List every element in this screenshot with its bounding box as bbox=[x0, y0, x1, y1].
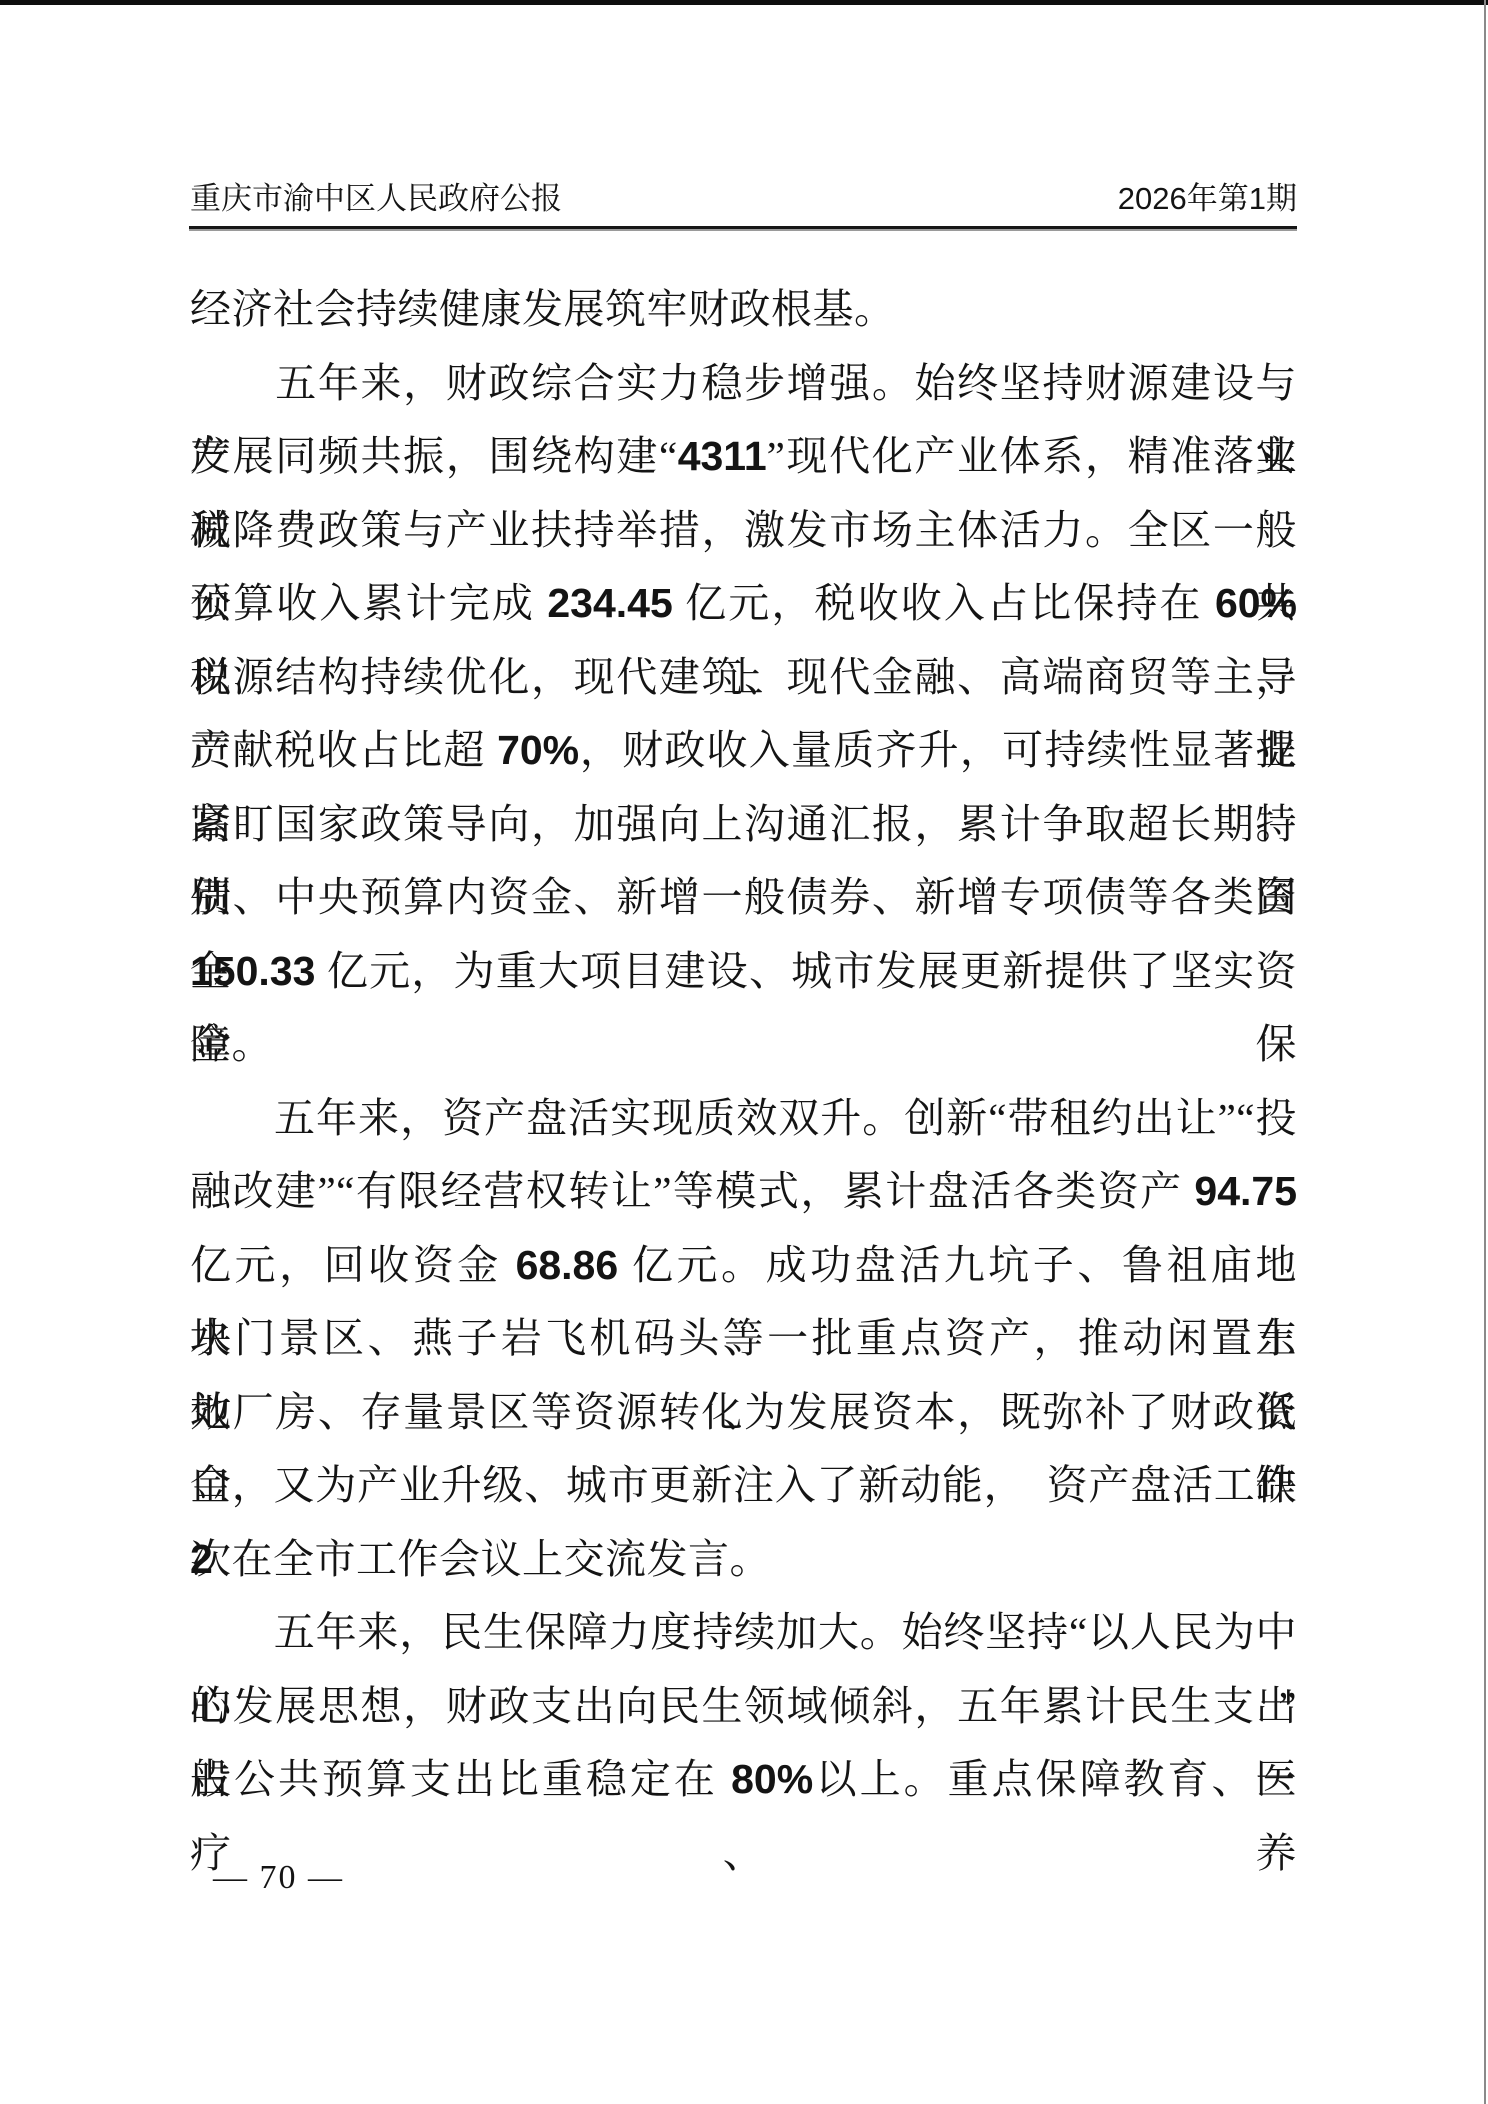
issue-label: 2026年第1期 bbox=[1118, 181, 1297, 217]
numeric-text: 70% bbox=[497, 727, 579, 773]
numeric-text: 4311 bbox=[678, 433, 767, 479]
body-text: 经济社会持续健康发展筑牢财政根基。 五年来，财政综合实力稳步增强。始终坚持财源建… bbox=[190, 273, 1297, 1817]
body-line: 贡献税收占比超 70%，财政收入量质齐升，可持续性显著提高。 bbox=[190, 714, 1297, 788]
body-line: 发展同频共振，围绕构建“4311”现代化产业体系，精准落实减 bbox=[190, 420, 1297, 494]
gazette-page: 重庆市渝中区人民政府公报 2026年第1期 经济社会持续健康发展筑牢财政根基。 … bbox=[0, 0, 1488, 2104]
body-line: 的发展思想，财政支出向民生领域倾斜，五年累计民生支出占一 bbox=[190, 1670, 1297, 1744]
publication-title: 重庆市渝中区人民政府公报 bbox=[190, 181, 562, 217]
numeric-text: 68.86 bbox=[516, 1242, 619, 1288]
body-line: 亿元，回收资金 68.86 亿元。成功盘活九坑子、鲁祖庙地块、东 bbox=[190, 1229, 1297, 1303]
body-line: 150.33 亿元，为重大项目建设、城市发展更新提供了坚实资金保 bbox=[190, 935, 1297, 1009]
numeric-text: 94.75 bbox=[1194, 1168, 1297, 1214]
body-line: 税源结构持续优化，现代建筑、现代金融、高端商贸等主导产业 bbox=[190, 641, 1297, 715]
scan-edge-right bbox=[1484, 0, 1486, 2104]
numeric-text: 2026 bbox=[1118, 181, 1187, 216]
page-number: — 70 — bbox=[213, 1858, 344, 1898]
body-line: 次在全市工作会议上交流发言。 bbox=[190, 1523, 1297, 1597]
body-line: 经济社会持续健康发展筑牢财政根基。 bbox=[190, 273, 1297, 347]
body-line: 般公共预算支出比重稳定在 80%以上。重点保障教育、医疗、养 bbox=[190, 1743, 1297, 1817]
body-line: 效厂房、存量景区等资源转化为发展资本，既弥补了财政资金缺 bbox=[190, 1376, 1297, 1450]
numeric-text: 80% bbox=[731, 1756, 813, 1802]
body-line: 五年来，资产盘活实现质效双升。创新“带租约出让”“投 bbox=[190, 1082, 1297, 1156]
body-line: 预算收入累计完成 234.45 亿元，税收收入占比保持在 60%以上， bbox=[190, 567, 1297, 641]
header-rule bbox=[189, 226, 1297, 231]
page-header: 重庆市渝中区人民政府公报 2026年第1期 bbox=[190, 181, 1297, 217]
numeric-text: 1 bbox=[1249, 181, 1266, 216]
numeric-text: 60% bbox=[1215, 580, 1297, 626]
body-line: 融改建”“有限经营权转让”等模式，累计盘活各类资产 94.75 bbox=[190, 1155, 1297, 1229]
body-line: 债、中央预算内资金、新增一般债券、新增专项债等各类资金 bbox=[190, 861, 1297, 935]
body-line: 口，又为产业升级、城市更新注入了新动能， 资产盘活工作 2 bbox=[190, 1449, 1297, 1523]
numeric-text: 234.45 bbox=[547, 580, 672, 626]
scan-edge-top bbox=[0, 0, 1488, 5]
body-line: 紧盯国家政策导向，加强向上沟通汇报，累计争取超长期特别国 bbox=[190, 788, 1297, 862]
body-line: 五年来，财政综合实力稳步增强。始终坚持财源建设与产业 bbox=[190, 347, 1297, 421]
body-line: 水门景区、燕子岩飞机码头等一批重点资产，推动闲置土地、低 bbox=[190, 1302, 1297, 1376]
body-line: 五年来，民生保障力度持续加大。始终坚持“以人民为中心” bbox=[190, 1596, 1297, 1670]
numeric-text: 150.33 bbox=[190, 948, 315, 994]
body-line: 税降费政策与产业扶持举措，激发市场主体活力。全区一般公共 bbox=[190, 494, 1297, 568]
